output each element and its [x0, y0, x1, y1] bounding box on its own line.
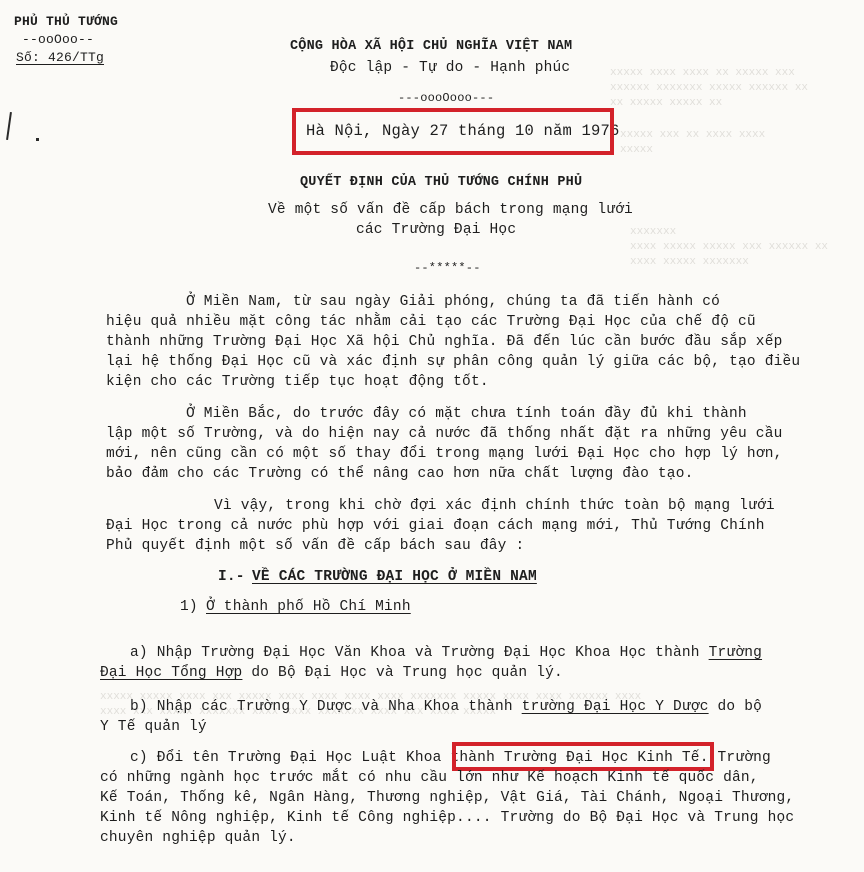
paragraph-2-line: bảo đảm cho các Trường có thể nâng cao h…: [106, 464, 694, 484]
agency-ornament: --ooOoo--: [22, 30, 94, 50]
item-c-line: chuyên nghiệp quản lý.: [100, 828, 296, 848]
national-motto: Độc lập - Tự do - Hạnh phúc: [330, 58, 570, 78]
subsection-number: 1): [180, 597, 198, 617]
bleed-through-text: xxxxxxx xxxx xxxxx xxxxx xxx xxxxxx xx x…: [630, 225, 828, 270]
document-page: xxxxx xxxx xxxx xx xxxxx xxx xxxxxx xxxx…: [0, 0, 864, 872]
item-c-line: có những ngành học trước mắt có nhu cầu …: [100, 768, 759, 788]
country-name: CỘNG HÒA XÃ HỘI CHỦ NGHĨA VIỆT NAM: [290, 37, 572, 57]
paragraph-1-line: lại hệ thống Đại Học cũ và xác định sự p…: [106, 352, 800, 372]
title-ornament: --*****--: [414, 258, 481, 278]
item-b-line1: b) Nhập các Trường Y Dược và Nha Khoa th…: [130, 697, 762, 717]
item-b-underlined: trường Đại Học Y Dược: [522, 699, 709, 715]
header-ornament: ---oooOooo---: [398, 88, 494, 108]
item-a-underlined: Đại Học Tổng Hợp: [100, 665, 242, 681]
item-a-text: a) Nhập Trường Đại Học Văn Khoa và Trườn…: [130, 645, 700, 661]
item-b-line2: Y Tế quản lý: [100, 717, 207, 737]
bleed-through-text: xxxxx xxx xx xxxx xxxx xxxxx: [620, 128, 765, 158]
paragraph-2-line: lập một số Trường, và do hiện nay cả nướ…: [106, 424, 783, 444]
document-number: Số: 426/TTg: [16, 48, 104, 68]
paragraph-1-line: Ở Miền Nam, từ sau ngày Giải phóng, chún…: [186, 292, 720, 312]
subsection-heading: Ở thành phố Hồ Chí Minh: [206, 597, 411, 617]
paragraph-1-line: kiện cho các Trường tiếp tục hoạt động t…: [106, 372, 489, 392]
paragraph-3-line: Vì vậy, trong khi chờ đợi xác định chính…: [214, 496, 775, 516]
highlight-box-university-name: [452, 742, 714, 771]
item-b-text: b) Nhập các Trường Y Dược và Nha Khoa th…: [130, 699, 513, 715]
bleed-through-text: xxxxx xxxx xxxx xx xxxxx xxx xxxxxx xxxx…: [610, 66, 808, 111]
item-c-line: Kinh tế Nông nghiệp, Kinh tế Công nghiệp…: [100, 808, 794, 828]
item-a-line1: a) Nhập Trường Đại Học Văn Khoa và Trườn…: [130, 643, 762, 663]
item-a-text: do Bộ Đại Học và Trung học quản lý.: [251, 665, 563, 681]
item-b-text: do bộ: [718, 699, 763, 715]
agency-name: PHỦ THỦ TƯỚNG: [14, 12, 118, 32]
paragraph-1-line: hiệu quả nhiều mặt công tác nhằm cải tạo…: [106, 312, 756, 332]
margin-mark: [6, 112, 12, 140]
item-c-line: Kế Toán, Thống kê, Ngân Hàng, Thương ngh…: [100, 788, 794, 808]
paragraph-2-line: mới, nên cũng cần có một số thay đổi tro…: [106, 444, 783, 464]
decision-title: QUYẾT ĐỊNH CỦA THỦ TƯỚNG CHÍNH PHỦ: [300, 173, 582, 193]
paragraph-3-line: Đại Học trong cả nước phù hợp với giai đ…: [106, 516, 765, 536]
paragraph-3-line: Phủ quyết định một số vấn đề cấp bách sa…: [106, 536, 524, 556]
item-a-underlined: Trường: [709, 645, 762, 661]
decision-subtitle-line1: Về một số vấn đề cấp bách trong mạng lướ…: [268, 200, 633, 220]
section-number: I.-: [218, 567, 245, 587]
item-a-line2: Đại Học Tổng Hợp do Bộ Đại Học và Trung …: [100, 663, 563, 683]
decision-subtitle-line2: các Trường Đại Học: [356, 220, 516, 240]
item-c-text: Trường: [718, 750, 771, 766]
section-heading: VỀ CÁC TRƯỜNG ĐẠI HỌC Ở MIỀN NAM: [252, 567, 537, 587]
highlight-box-date: [292, 108, 614, 155]
item-c-text: c) Đổi tên Trường Đại Học Luật Khoa: [130, 750, 442, 766]
paragraph-1-line: thành những Trường Đại Học Xã hội Chủ ng…: [106, 332, 783, 352]
margin-dot: [36, 138, 39, 141]
paragraph-2-line: Ở Miền Bắc, do trước đây có mặt chưa tín…: [186, 404, 747, 424]
